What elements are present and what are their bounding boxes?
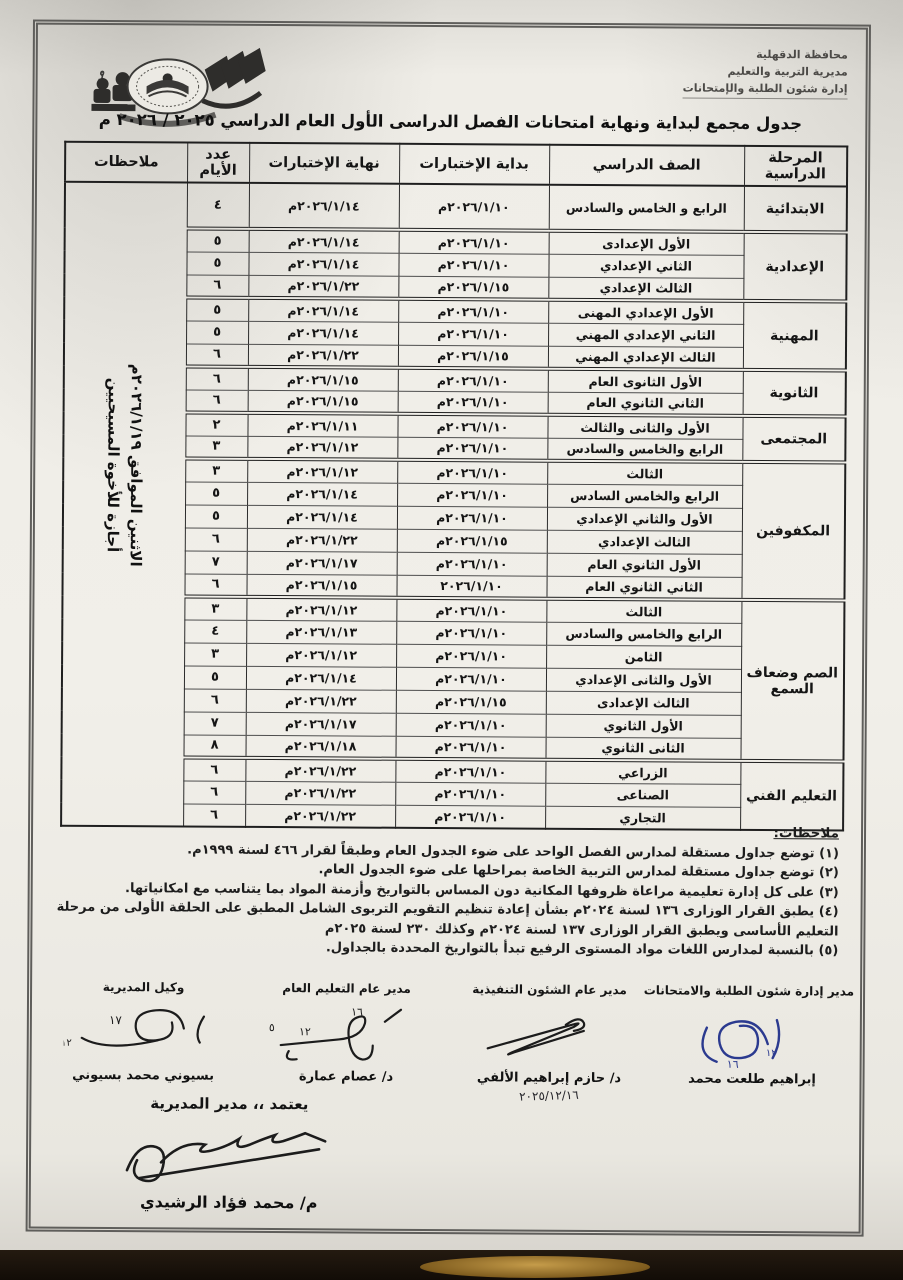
grade-cell: الأول الإعدادي المهنى xyxy=(548,300,743,324)
grade-cell: الثالث الإعدادي xyxy=(547,530,742,554)
exam-start-cell: ٢٠٢٦/١/١٠م xyxy=(396,621,546,645)
exam-start-cell: ٢٠٢٦/١/١٠م xyxy=(395,759,545,783)
column-header-5: ملاحظات xyxy=(65,142,187,183)
signature-icon: ١٧١٢ xyxy=(63,994,223,1073)
grade-cell: الأول والثاني الإعدادي xyxy=(547,507,742,531)
exam-start-cell: ٢٠٢٦/١/١٠م xyxy=(397,552,547,576)
org-line-3: إدارة شئون الطلبة والإمتحانات xyxy=(683,80,848,100)
svg-text:١٦: ١٦ xyxy=(351,1006,363,1019)
grade-cell: الرابع والخامس السادس xyxy=(547,484,742,508)
svg-text:١٧: ١٧ xyxy=(108,1013,122,1027)
exam-start-cell: ٢٠٢٦/١/١٠م xyxy=(396,598,546,622)
exam-start-cell: ٢٠٢٦/١/١٠م xyxy=(399,230,549,254)
grade-cell: الأول الثانوى العام xyxy=(548,369,743,393)
days-count-cell: ٦ xyxy=(184,688,246,711)
days-count-cell: ٦ xyxy=(186,274,248,297)
svg-text:١٢: ١٢ xyxy=(765,1048,776,1059)
exam-start-cell: ٢٠٢٦/١/١٠م xyxy=(396,644,546,668)
days-count-cell: ٦ xyxy=(186,389,248,412)
exam-end-cell: ٢٠٢٦/١/٢٢م xyxy=(245,758,395,782)
exam-start-cell: ٢٠٢٦/١/١٥م xyxy=(398,276,548,300)
exam-start-cell: ٢٠٢٦/١/١٠م xyxy=(395,736,545,760)
exam-start-cell: ٢٠٢٦/١/١٠م xyxy=(396,667,546,691)
grade-cell: الثالث الإعدادي xyxy=(548,277,743,301)
grade-cell: الثامن xyxy=(546,645,741,669)
exam-end-cell: ٢٠٢٦/١/١٨م xyxy=(245,735,395,759)
exam-end-cell: ٢٠٢٦/١/١٣م xyxy=(246,620,396,644)
grade-cell: الزراعي xyxy=(545,760,740,784)
grade-cell: الأول الإعدادى xyxy=(549,231,744,255)
signature-title: مدير عام الشئون التنفيذية xyxy=(448,982,651,997)
days-count-cell: ٥ xyxy=(185,481,247,504)
signature-icon: ١٦١٢ xyxy=(672,997,832,1076)
grade-cell: الثالث xyxy=(547,461,742,485)
exam-start-cell: ٢٠٢٦/١/١٠م xyxy=(398,368,548,392)
days-count-cell: ٥ xyxy=(186,320,248,343)
exam-end-cell: ٢٠٢٦/١/١٢م xyxy=(246,597,396,621)
exam-start-cell: ٢٠٢٦/١/١٥م xyxy=(397,529,547,553)
grade-cell: الثاني الثانوي العام xyxy=(546,576,741,600)
days-count-cell: ٣ xyxy=(184,642,246,665)
signature-block-1: مدير إدارة شئون الطلبة والامتحانات١٦١٢إب… xyxy=(650,983,854,1104)
table-header-row: المرحلة الدراسيةالصف الدراسيبداية الإختب… xyxy=(65,142,847,187)
days-count-cell: ٥ xyxy=(187,228,249,251)
notes-column-cell: الاثنين الموافق ٢٠٢٦/١/١٩مأجازة للأخوة ا… xyxy=(61,182,187,827)
exam-start-cell: ٢٠٢٦/١/١٠ xyxy=(396,575,546,599)
grade-cell: الثالث الإعدادى xyxy=(546,691,741,715)
exam-end-cell: ٢٠٢٦/١/١٤م xyxy=(248,321,398,345)
grade-cell: الأول والثانى والثالث xyxy=(547,415,742,439)
days-count-cell: ٦ xyxy=(185,527,247,550)
table-body: الابتدائيةالرابع و الخامس والسادس٢٠٢٦/١/… xyxy=(61,182,847,831)
days-count-cell: ٣ xyxy=(184,596,246,619)
days-count-cell: ٣ xyxy=(185,435,247,458)
exam-start-cell: ٢٠٢٦/١/١٠م xyxy=(398,322,548,346)
exam-end-cell: ٢٠٢٦/١/١٤م xyxy=(248,298,398,322)
svg-text:٥: ٥ xyxy=(268,1021,274,1034)
exam-start-cell: ٢٠٢٦/١/١٠م xyxy=(398,253,548,277)
exam-end-cell: ٢٠٢٦/١/١٧م xyxy=(247,551,397,575)
exam-end-cell: ٢٠٢٦/١/١٤م xyxy=(247,505,397,529)
notes-section: ملاحظات: (١) توضع جداول مستقلة لمدارس ال… xyxy=(50,820,839,961)
signature-name: إبراهيم طلعت محمد xyxy=(650,1071,853,1087)
days-count-cell: ٧ xyxy=(185,550,247,573)
days-count-cell: ٧ xyxy=(184,711,246,734)
note-item-4: (٤) يطبق القرار الوزارى ١٣٦ لسنة ٢٠٢٤م ب… xyxy=(50,898,838,942)
signature-title: وكيل المديرية xyxy=(42,980,245,995)
signature-name: بسيوني محمد بسيوني xyxy=(42,1068,245,1084)
svg-text:١٦: ١٦ xyxy=(726,1058,738,1071)
header-row: المرحلة الدراسيةالصف الدراسيبداية الإختب… xyxy=(65,142,847,187)
exam-start-cell: ٢٠٢٦/١/١٠م xyxy=(397,506,547,530)
exam-end-cell: ٢٠٢٦/١/١٤م xyxy=(249,183,399,230)
exam-end-cell: ٢٠٢٦/١/٢٢م xyxy=(248,275,398,299)
signature-date: ٢٠٢٥/١٢/١٦ xyxy=(447,1086,650,1106)
column-header-0: المرحلة الدراسية xyxy=(744,146,847,187)
days-count-cell: ٦ xyxy=(183,757,245,780)
grade-cell: الثاني الإعدادي المهني xyxy=(548,323,743,347)
days-count-cell: ٥ xyxy=(184,665,246,688)
table-row: الابتدائيةالرابع و الخامس والسادس٢٠٢٦/١/… xyxy=(65,182,847,233)
stage-cell: الثانوية xyxy=(743,370,846,417)
exam-end-cell: ٢٠٢٦/١/٢٢م xyxy=(245,781,395,805)
approval-block: يعتمد ،، مدير المديرية م/ محمد فؤاد الرش… xyxy=(74,1094,385,1213)
days-count-cell: ٣ xyxy=(185,458,247,481)
director-signature-icon xyxy=(109,1112,349,1195)
column-header-2: بداية الإختبارات xyxy=(399,144,549,185)
grade-cell: الثاني الإعدادي xyxy=(548,254,743,278)
exam-end-cell: ٢٠٢٦/١/١٢م xyxy=(247,436,397,460)
signature-name: د/ حازم إبراهيم الألفي xyxy=(447,1070,650,1086)
days-count-cell: ٦ xyxy=(184,573,246,596)
schedule-table: المرحلة الدراسيةالصف الدراسيبداية الإختب… xyxy=(60,141,848,832)
svg-text:١٢: ١٢ xyxy=(298,1025,310,1038)
table-surface-object xyxy=(420,1256,650,1278)
exam-start-cell: ٢٠٢٦/١/١٠م xyxy=(397,460,547,484)
exam-start-cell: ٢٠٢٦/١/١٠م xyxy=(396,713,546,737)
exam-start-cell: ٢٠٢٦/١/١٠م xyxy=(397,414,547,438)
exam-start-cell: ٢٠٢٦/١/١٠م xyxy=(397,483,547,507)
org-header: محافظة الدقهلية مديرية التربية والتعليم … xyxy=(548,45,848,100)
exam-start-cell: ٢٠٢٦/١/١٠م xyxy=(399,184,549,231)
exam-end-cell: ٢٠٢٦/١/١٢م xyxy=(247,459,397,483)
grade-cell: الأول والثانى الإعدادي xyxy=(546,668,741,692)
grade-cell: الثاني الثانوي العام xyxy=(548,392,743,416)
approval-title: يعتمد ،، مدير المديرية xyxy=(74,1094,384,1114)
exam-end-cell: ٢٠٢٦/١/١٥م xyxy=(248,390,398,414)
days-count-cell: ٤ xyxy=(184,619,246,642)
holiday-note-line1: الاثنين الموافق ٢٠٢٦/١/١٩م xyxy=(123,186,149,746)
signature-block-2: مدير عام الشئون التنفيذيةد/ حازم إبراهيم… xyxy=(447,982,651,1103)
grade-cell: الثالث xyxy=(546,599,741,623)
exam-end-cell: ٢٠٢٦/١/١٥م xyxy=(246,574,396,598)
exam-end-cell: ٢٠٢٦/١/١١م xyxy=(247,413,397,437)
exam-end-cell: ٢٠٢٦/١/١٧م xyxy=(246,712,396,736)
exam-start-cell: ٢٠٢٦/١/١٥م xyxy=(396,690,546,714)
days-count-cell: ٥ xyxy=(186,251,248,274)
exam-end-cell: ٢٠٢٦/١/١٢م xyxy=(246,643,396,667)
grade-cell: الأول الثانوي العام xyxy=(547,553,742,577)
holiday-note: الاثنين الموافق ٢٠٢٦/١/١٩مأجازة للأخوة ا… xyxy=(100,185,149,745)
stage-cell: التعليم الفني xyxy=(740,761,843,831)
column-header-3: نهاية الإختبارات xyxy=(249,143,399,184)
stage-cell: الإعدادية xyxy=(743,232,846,302)
svg-text:١٢: ١٢ xyxy=(63,1038,71,1049)
days-count-cell: ٥ xyxy=(185,504,247,527)
exam-end-cell: ٢٠٢٦/١/١٤م xyxy=(248,252,398,276)
signature-title: مدير إدارة شئون الطلبة والامتحانات xyxy=(651,983,854,998)
exam-end-cell: ٢٠٢٦/١/١٤م xyxy=(246,666,396,690)
grade-cell: الأول الثانوي xyxy=(546,714,741,738)
stage-cell: المكفوفين xyxy=(741,462,845,601)
grade-cell: الرابع والخامس والسادس xyxy=(547,438,742,462)
days-count-cell: ٦ xyxy=(186,366,248,389)
grade-cell: الثانى الثانوي xyxy=(545,737,740,761)
days-count-cell: ٨ xyxy=(183,734,245,757)
column-header-4: عدد الأيام xyxy=(187,142,249,182)
days-count-cell: ٢ xyxy=(185,412,247,435)
days-count-cell: ٦ xyxy=(186,343,248,366)
stage-cell: المجتمعى xyxy=(742,416,845,463)
exam-end-cell: ٢٠٢٦/١/١٤م xyxy=(247,482,397,506)
grade-cell: الرابع والخامس والسادس xyxy=(546,622,741,646)
exam-start-cell: ٢٠٢٦/١/١٠م xyxy=(398,299,548,323)
signature-icon: ١٦١٢٥ xyxy=(266,995,426,1074)
notes-list: (١) توضع جداول مستقلة لمدارس الفصل الواح… xyxy=(50,839,839,961)
notes-label: ملاحظات: xyxy=(773,825,839,841)
exam-start-cell: ٢٠٢٦/١/١٥م xyxy=(398,345,548,369)
stage-cell: المهنية xyxy=(743,301,846,371)
exam-start-cell: ٢٠٢٦/١/١٠م xyxy=(397,437,547,461)
org-line-2: مديرية التربية والتعليم xyxy=(548,62,848,81)
photo-background xyxy=(0,1250,903,1280)
page-content: محافظة الدقهلية محافظة الدقهلية مديرية ا… xyxy=(0,0,903,1280)
days-count-cell: ٥ xyxy=(186,297,248,320)
exam-end-cell: ٢٠٢٦/١/٢٢م xyxy=(248,344,398,368)
days-count-cell: ٦ xyxy=(183,780,245,803)
signature-block-4: وكيل المديرية١٧١٢بسيوني محمد بسيوني xyxy=(41,980,245,1101)
signature-name: د/ عصام عمارة xyxy=(245,1069,448,1085)
signature-icon xyxy=(469,996,629,1075)
stage-cell: الابتدائية xyxy=(744,186,847,233)
exam-end-cell: ٢٠٢٦/١/١٤م xyxy=(249,229,399,253)
signature-title: مدير عام التعليم العام xyxy=(245,981,448,996)
holiday-note-line2: أجازة للأخوة المسيحيين xyxy=(100,185,126,745)
stage-cell: الصم وضعاف السمع xyxy=(740,600,844,762)
column-header-1: الصف الدراسي xyxy=(549,145,744,186)
org-line-1: محافظة الدقهلية xyxy=(548,45,848,64)
exam-end-cell: ٢٠٢٦/١/١٥م xyxy=(248,367,398,391)
exam-start-cell: ٢٠٢٦/١/١٠م xyxy=(395,782,545,806)
grade-cell: الصناعى xyxy=(545,783,740,807)
grade-cell: الرابع و الخامس والسادس xyxy=(549,185,744,232)
grade-cell: الثالث الإعدادي المهني xyxy=(548,346,743,370)
days-count-cell: ٤ xyxy=(187,182,249,228)
signature-block-3: مدير عام التعليم العام١٦١٢٥د/ عصام عمارة xyxy=(244,981,448,1102)
exam-end-cell: ٢٠٢٦/١/٢٢م xyxy=(247,528,397,552)
exam-end-cell: ٢٠٢٦/١/٢٢م xyxy=(246,689,396,713)
exam-start-cell: ٢٠٢٦/١/١٠م xyxy=(398,391,548,415)
signatures-row: مدير إدارة شئون الطلبة والامتحانات١٦١٢إب… xyxy=(41,980,854,1105)
